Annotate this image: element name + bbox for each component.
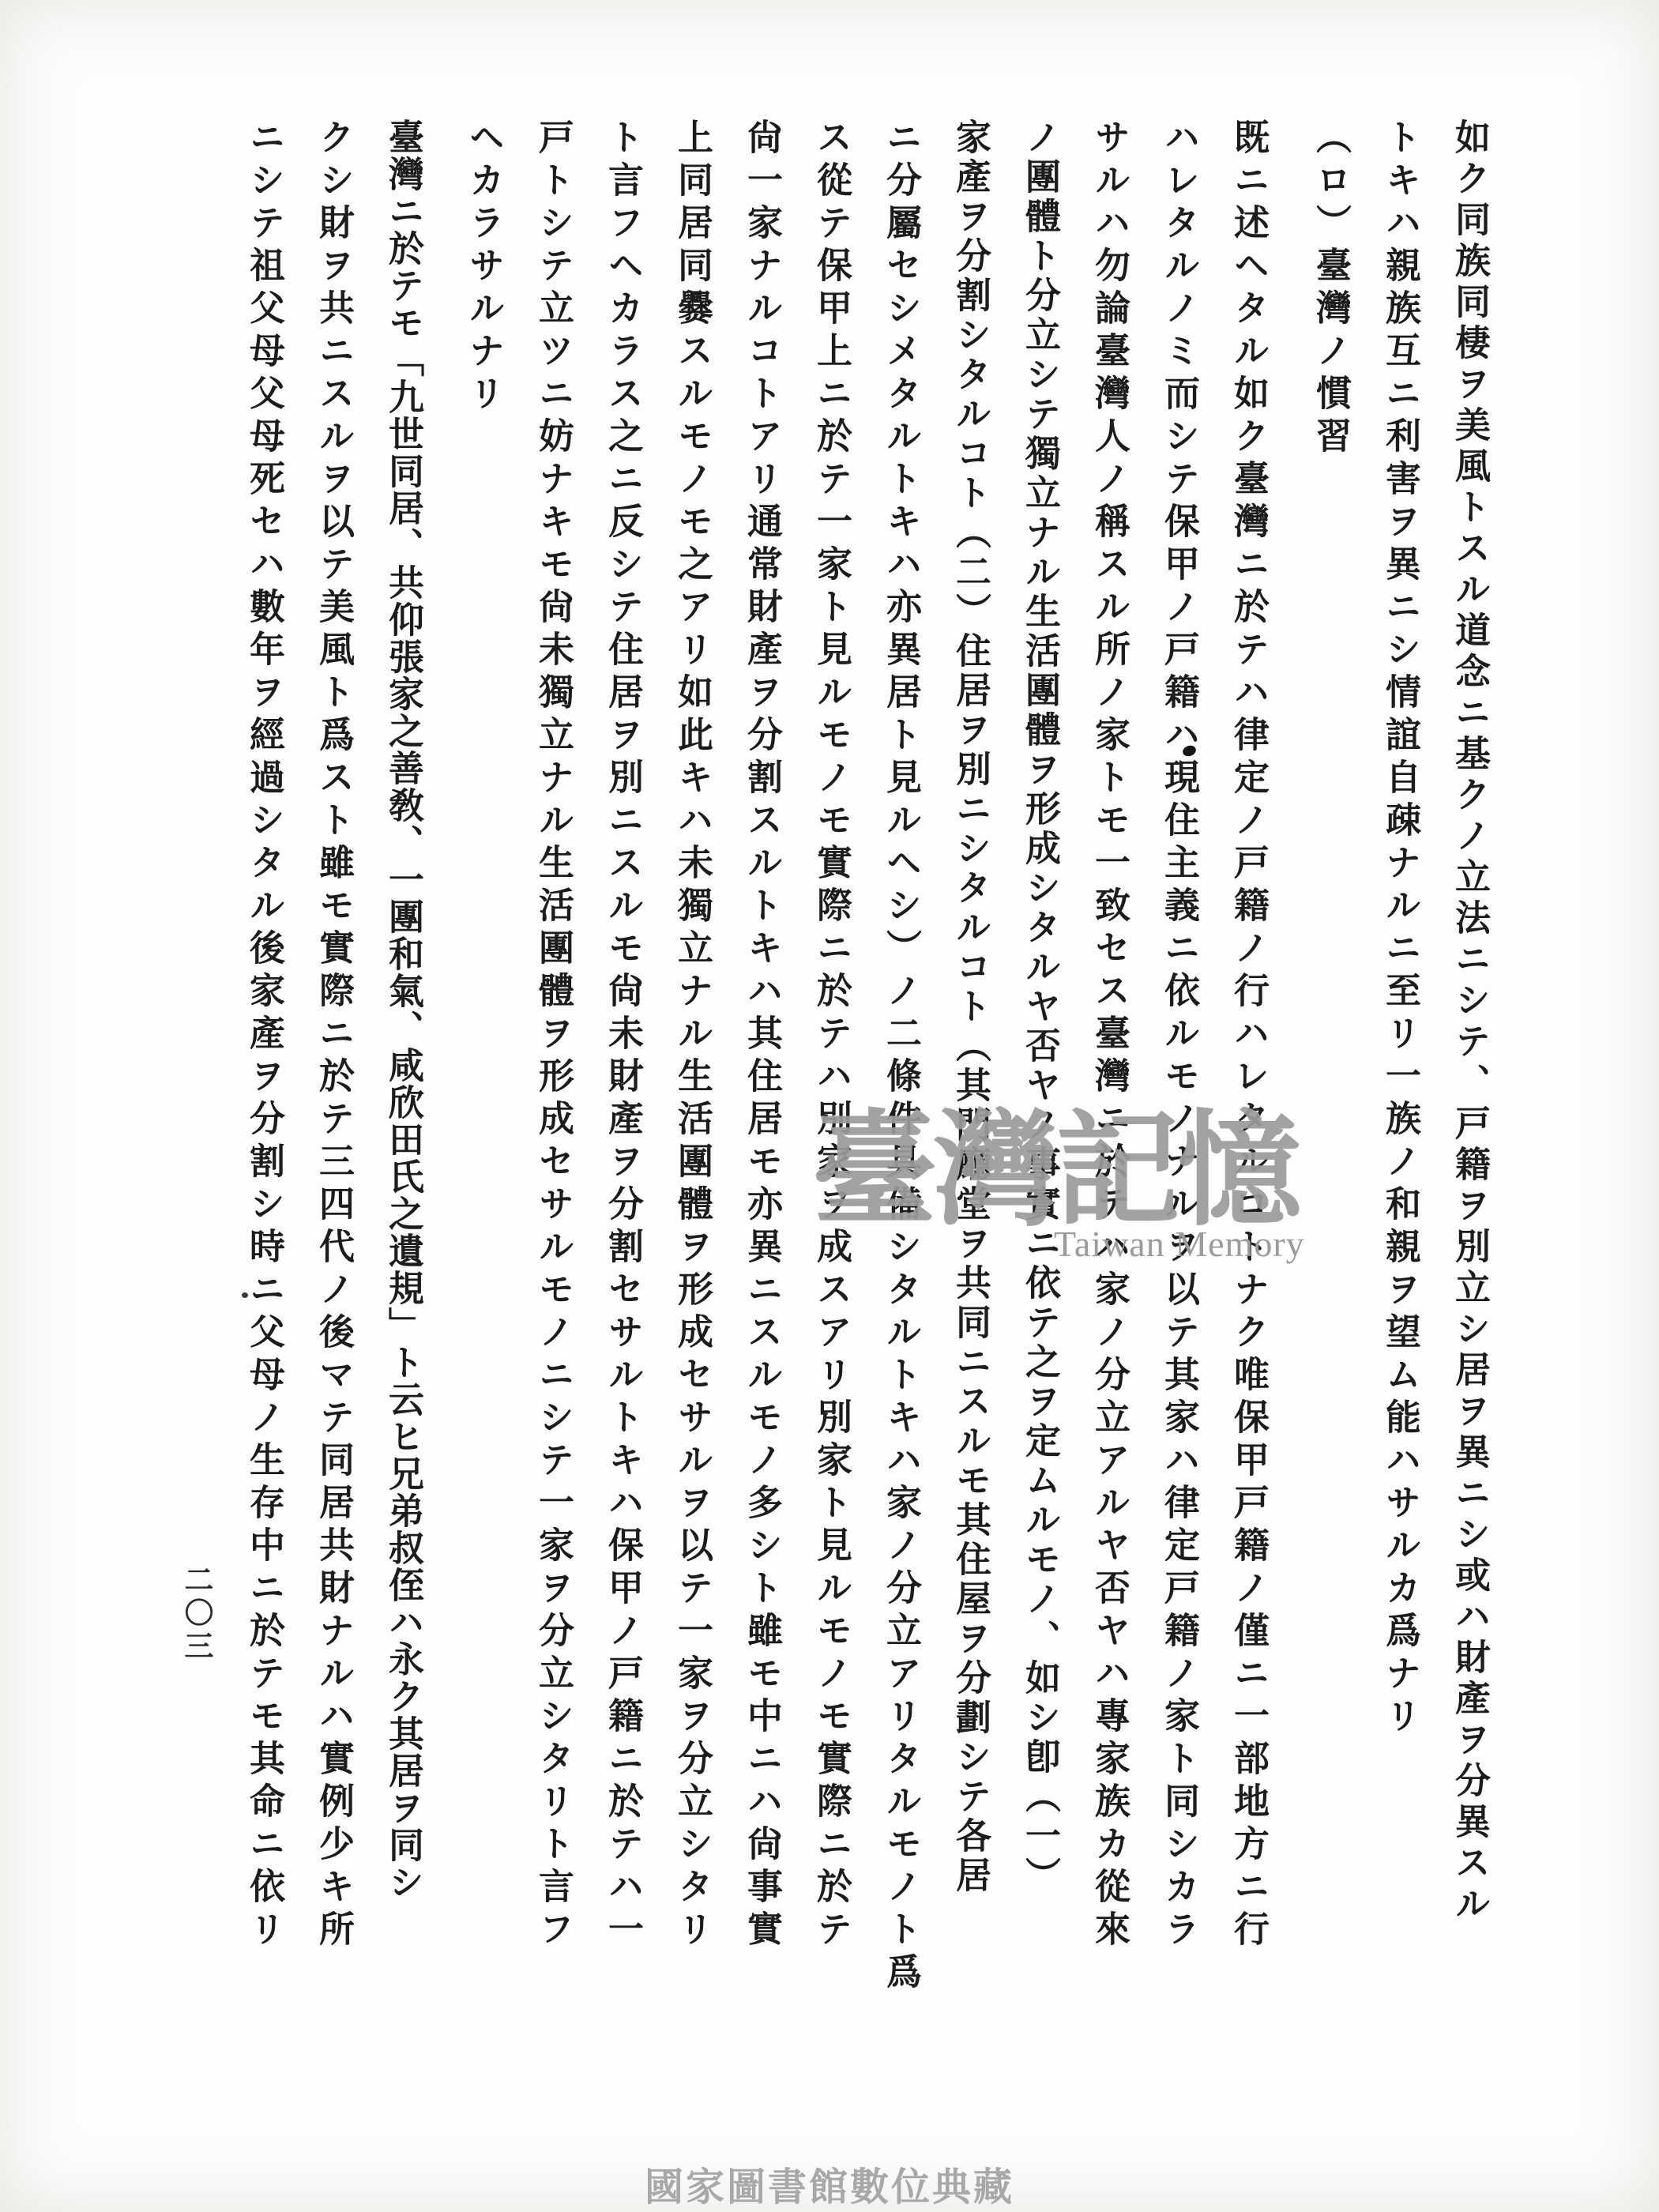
taiwan-memory-watermark-latin: Taiwan Memory <box>1054 1223 1305 1265</box>
scanned-document-page: 如ク同族同棲ヲ美風トスル道念ニ基クノ立法ニシテ、戸籍ヲ別立シ居ヲ異ニシ或ハ財產ヲ… <box>0 0 1659 2212</box>
text-column: ニシテ祖父母父母死セハ數年ヲ經過シタル後家產ヲ分割シ時ニ父母ノ生存中ニ於テモ其命… <box>229 118 299 2093</box>
text-column: クシ財ヲ共ニスルヲ以テ美風ト爲スト雖モ實際ニ於テ三四代ノ後マテ同居共財ナルハ實例… <box>299 118 368 2093</box>
text-column: 戸トシテ立ツニ妨ナキモ尙未獨立ナル生活團體ヲ形成セサルモノニシテ一家ヲ分立シタリ… <box>518 118 588 2093</box>
text-column: 如ク同族同棲ヲ美風トスル道念ニ基クノ立法ニシテ、戸籍ヲ別立シ居ヲ異ニシ或ハ財產ヲ… <box>1435 118 1504 2093</box>
text-column: トキハ親族互ニ利害ヲ異ニシ情誼自疎ナルニ至リ一族ノ和親ヲ望ム能ハサルカ爲ナリ <box>1365 118 1435 2093</box>
ink-spot <box>242 1292 248 1298</box>
text-column: 臺灣ニ於テモ﹁九世同居、共仰張家之善敎、一團和氣、咸欣田氏之遺規﹂ト云ヒ兄弟叔侄… <box>368 118 438 2093</box>
text-column: ト言フヘカラス之ニ反シテ住居ヲ別ニスルモ尙未財產ヲ分割セサルトキハ保甲ノ戸籍ニ於… <box>588 118 657 2093</box>
archive-footer: 國家圖書館數位典藏 <box>0 2157 1659 2212</box>
page-number: 二〇三 <box>174 1564 216 1664</box>
text-column: 尙一家ナルコトアリ通常財產ヲ分割スルトキハ其住居モ亦異ニスルモノ多シト雖モ中ニハ… <box>727 118 796 2093</box>
text-column: ヘカラサルナリ <box>449 118 518 2093</box>
text-column: 上同居同爨スルモノモ之アリ如此キハ未獨立ナル生活團體ヲ形成セサルヲ以テ一家ヲ分立… <box>657 118 727 2093</box>
